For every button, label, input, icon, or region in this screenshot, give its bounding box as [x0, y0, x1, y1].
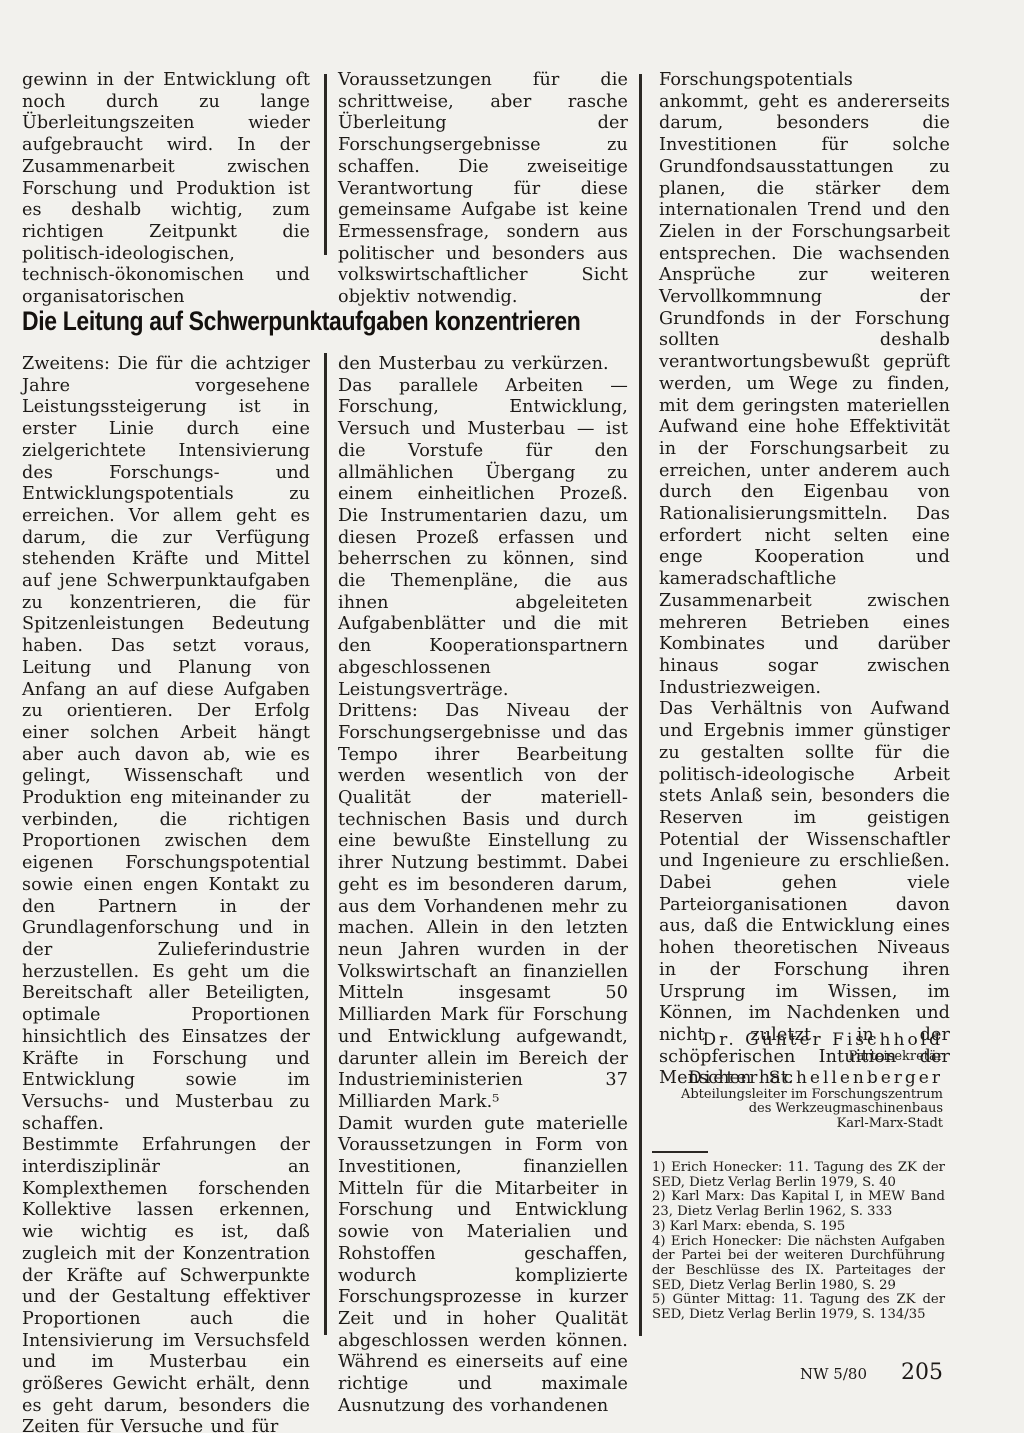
column-1-bottom: Zweitens: Die für die achtziger Jahre vo… [22, 354, 310, 1433]
journal-ref: NW 5/80 [800, 1365, 867, 1383]
paragraph: Das parallele Arbeiten — Forschung, Entw… [338, 376, 628, 702]
author-name: Dr. Günter Fischhold [659, 1031, 943, 1050]
paragraph: Drittens: Das Niveau der Forschungsergeb… [338, 701, 628, 1113]
page-footer: NW 5/80205 [659, 1360, 943, 1385]
paragraph: gewinn in der Entwicklung oft noch durch… [22, 70, 310, 309]
column-3: Forschungspotentials ankommt, geht es an… [659, 70, 950, 1090]
column-divider-1-top [324, 74, 327, 255]
paragraph: Voraussetzungen für die schrittweise, ab… [338, 70, 628, 309]
author-block: Dr. Günter Fischhold Parteisekretär Diet… [659, 1031, 943, 1131]
paragraph: Damit wurden gute materielle Voraussetzu… [338, 1114, 628, 1418]
footnote: 1) Erich Honecker: 11. Tagung des ZK der… [652, 1161, 945, 1190]
page-number: 205 [901, 1360, 943, 1385]
section-heading: Die Leitung auf Schwerpunktaufgaben konz… [22, 306, 549, 337]
footnote-divider [652, 1151, 708, 1153]
footnote: 4) Erich Honecker: Die nächsten Aufgaben… [652, 1235, 945, 1294]
column-2-top: Voraussetzungen für die schrittweise, ab… [338, 70, 628, 309]
author-name: Dieter Schellenberger [659, 1069, 943, 1088]
magazine-page: gewinn in der Entwicklung oft noch durch… [0, 0, 1024, 1433]
paragraph: Forschungspotentials ankommt, geht es an… [659, 70, 950, 699]
author-affiliation-line: Karl-Marx-Stadt [659, 1117, 943, 1132]
author-affiliation-line: des Werkzeugmaschinenbaus [659, 1102, 943, 1117]
author-role: Parteisekretär [659, 1050, 943, 1065]
footnote: 2) Karl Marx: Das Kapital I, in MEW Band… [652, 1190, 945, 1219]
footnote: 3) Karl Marx: ebenda, S. 195 [652, 1220, 945, 1235]
paragraph: Zweitens: Die für die achtziger Jahre vo… [22, 354, 310, 1135]
column-1-top: gewinn in der Entwicklung oft noch durch… [22, 70, 310, 309]
column-divider-2 [639, 74, 642, 1336]
author-affiliation-line: Abteilungsleiter im Forschungszentrum [659, 1088, 943, 1103]
paragraph: Bestimmte Erfahrungen der interdisziplin… [22, 1135, 310, 1433]
footnote: 5) Günter Mittag: 11. Tagung des ZK der … [652, 1293, 945, 1322]
paragraph: den Musterbau zu verkürzen. [338, 354, 628, 376]
footnote-list: 1) Erich Honecker: 11. Tagung des ZK der… [652, 1161, 945, 1323]
column-divider-1-bottom [324, 353, 327, 1335]
column-2-bottom: den Musterbau zu verkürzen. Das parallel… [338, 354, 628, 1417]
